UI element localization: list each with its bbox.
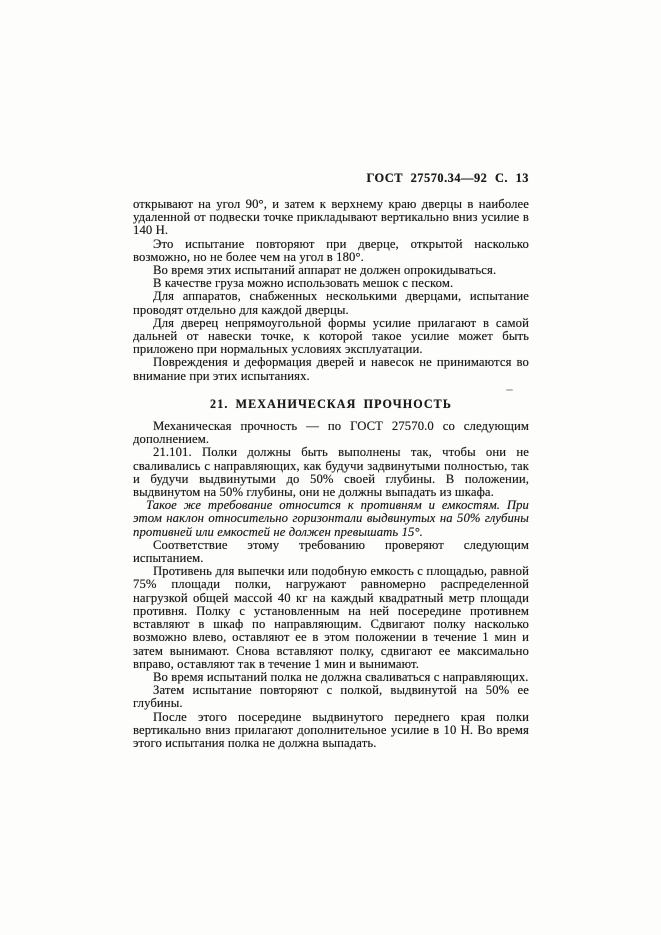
paragraph: Соответствие этому требованию проверяют … xyxy=(133,539,529,565)
document-page: ГОСТ 27570.34—92 С. 13 открывают на угол… xyxy=(0,0,661,935)
scan-speck xyxy=(506,389,513,391)
paragraph: Это испытание повторяют при дверце, откр… xyxy=(133,238,529,264)
paragraph: Повреждения и деформация дверей и навесо… xyxy=(133,356,529,382)
paragraph-clause-21-101: 21.101. Полки должны быть выполнены так,… xyxy=(133,446,529,499)
paragraph-continuation: открывают на угол 90°, и затем к верхнем… xyxy=(133,198,529,238)
section-heading: 21. МЕХАНИЧЕСКАЯ ПРОЧНОСТЬ xyxy=(133,398,529,411)
paragraph: Для аппаратов, снабженных несколькими дв… xyxy=(133,290,529,316)
running-header: ГОСТ 27570.34—92 С. 13 xyxy=(133,171,529,186)
paragraph: Противень для выпечки или подобную емкос… xyxy=(133,565,529,671)
paragraph: Механическая прочность — по ГОСТ 27570.0… xyxy=(133,420,529,446)
paragraph: После этого посередине выдвинутого перед… xyxy=(133,711,529,751)
paragraph: Для дверец непрямоугольной формы усилие … xyxy=(133,317,529,357)
body-text: открывают на угол 90°, и затем к верхнем… xyxy=(133,198,529,750)
paragraph: Затем испытание повторяют с полкой, выдв… xyxy=(133,684,529,710)
paragraph-italic-note: Такое же требование относится к противня… xyxy=(133,499,529,539)
